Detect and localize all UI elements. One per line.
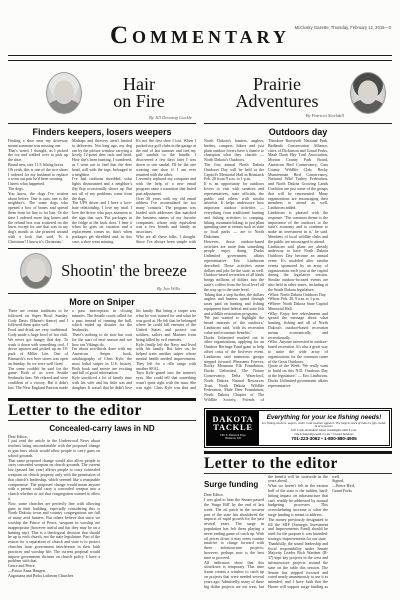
article-body-more-on-sniper: There are certain traditions to be follo… [8, 309, 196, 395]
byline-jim-wills: By Jim Wills [157, 286, 180, 291]
letter-heading-rule-right [204, 473, 392, 474]
page-body: Hair on Fire By Jill Denning Gackle Find… [0, 61, 400, 591]
dakota-tackle-ad: DAKOTA TACKLE 3301 E. Bismarck Expy. Bis… [204, 408, 392, 448]
headline-finders-keepers: Finders keepers, losers weepers [8, 127, 196, 137]
page-info: McClusky Gazette, Thursday, February 12,… [295, 25, 391, 30]
letter-surge-funding: Surge fundingDear Editor, I was glad to … [204, 475, 392, 591]
headline-concealed-carry: Concealed-carry laws in ND [8, 424, 196, 433]
byline-jill-denning-gackle: By Jill Denning Gackle [149, 115, 192, 120]
column-title-prairie-adventures: Prairie Adventures [204, 76, 350, 110]
headline-outdoors-day: Outdoors day [204, 127, 392, 137]
dakota-tackle-ad-frame: DAKOTA TACKLE 3301 E. Bismarck Expy. Bis… [206, 410, 390, 446]
ad-hours-text: Gift Cards Available! Open weeknights un… [262, 429, 386, 436]
article-body-finders-keepers: Finding a shoe near my driveway meant so… [8, 139, 196, 245]
column-title-shootin-the-breeze: Shootin' the breeze [52, 263, 196, 279]
jill-denning-gackle-headshot [46, 72, 82, 114]
letter-section-rule-right [204, 451, 392, 454]
letter-body-concealed-carry: Dear Editor, I just read the article in … [8, 435, 196, 587]
patricia-stockdill-headshot [350, 72, 386, 114]
left-section: Hair on Fire By Jill Denning Gackle Find… [8, 63, 196, 591]
right-section: Prairie Adventures By Patricia Stockdill… [204, 63, 392, 591]
letter-section-rule-left [8, 398, 196, 401]
ad-phone-numbers: 701-223-3092 • 1-800-880-4905 [262, 436, 386, 441]
headline-more-on-sniper: More on Sniper [8, 297, 196, 307]
prairie-adventures-column-header: Prairie Adventures By Patricia Stockdill [204, 63, 392, 124]
jim-wills-headshot [20, 253, 52, 289]
masthead: McClusky Gazette, Thursday, February 12,… [0, 0, 400, 53]
newspaper-page: McClusky Gazette, Thursday, February 12,… [0, 0, 400, 600]
article-body-outdoors-day: North Dakota's hunters, anglers, birders… [204, 139, 392, 405]
column-title-hair-on-fire: Hair on Fire [82, 76, 196, 110]
letter-body-surge-funding: Dear Editor, I was glad to hear the Sena… [204, 475, 355, 589]
dakota-tackle-logo-box: DAKOTA TACKLE 3301 E. Bismarck Expy. Bis… [207, 411, 259, 445]
shootin-the-breeze-column-header: Shootin' the breeze By Jim Wills [8, 248, 196, 294]
letter-heading-rule-left [8, 420, 196, 421]
hair-on-fire-column-header: Hair on Fire By Jill Denning Gackle [8, 63, 196, 124]
headline-surge-funding: Surge funding [204, 480, 264, 489]
letter-to-editor-heading-left: Letter to the editor [8, 403, 196, 419]
dakota-tackle-address: 3301 E. Bismarck Expy. Bismarck, ND [220, 434, 246, 440]
dakota-tackle-name: DAKOTA TACKLE [213, 416, 254, 433]
dakota-tackle-ad-copy: Everything for your ice fishing needs! I… [259, 411, 389, 445]
byline-patricia-stockdill: By Patricia Stockdill [306, 113, 344, 118]
letter-to-editor-heading-right: Letter to the editor [204, 456, 392, 472]
